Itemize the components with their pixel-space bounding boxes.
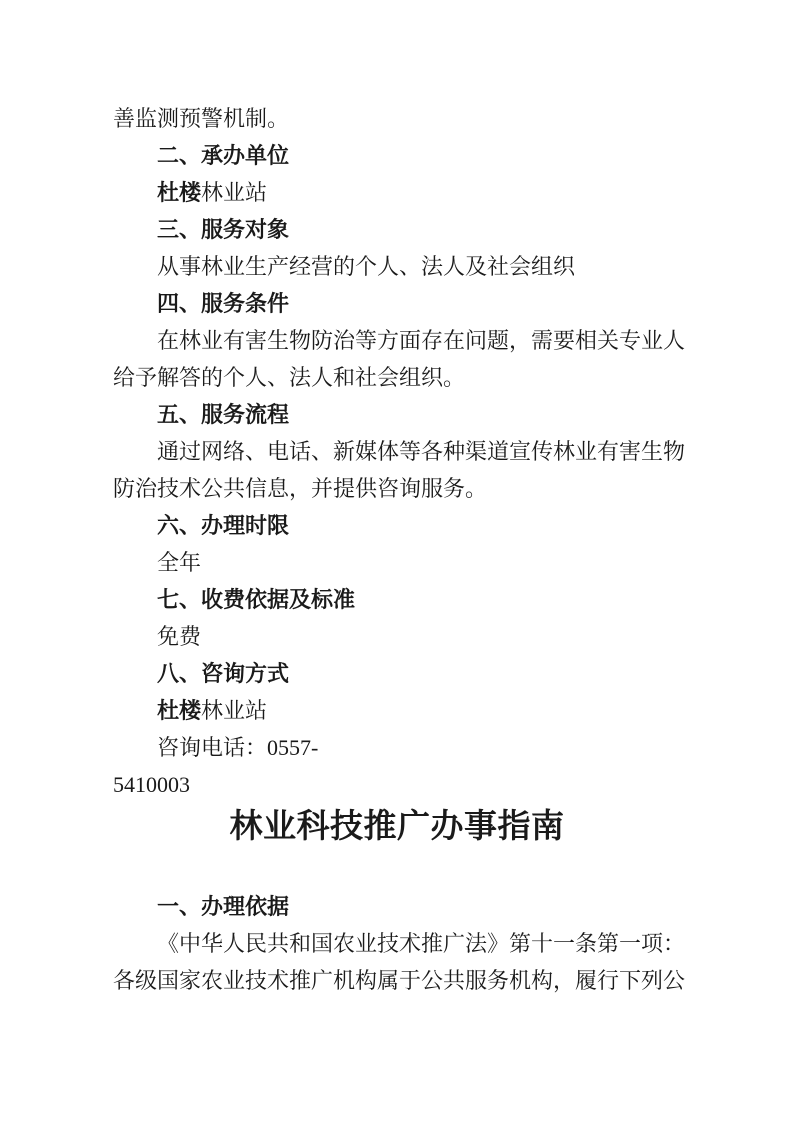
- contact-unit-rest: 林业站: [201, 698, 267, 723]
- phone-line-1: 咨询电话：0557-: [113, 729, 681, 766]
- service-process-line-2: 防治技术公共信息，并提供咨询服务。: [113, 470, 681, 507]
- service-target-value: 从事林业生产经营的个人、法人及社会组织: [113, 248, 681, 285]
- time-limit-value: 全年: [113, 544, 681, 581]
- contact-unit-bold: 杜楼: [157, 698, 201, 723]
- service-condition-line-2: 给予解答的个人、法人和社会组织。: [113, 359, 681, 396]
- heading-service-process: 五、服务流程: [113, 396, 681, 433]
- fee-value: 免费: [113, 618, 681, 655]
- spacer-line: [113, 851, 681, 888]
- heading-consultation-method: 八、咨询方式: [113, 655, 681, 692]
- phone-line-2: 5410003: [113, 766, 681, 803]
- heading-undertaking-unit: 二、承办单位: [113, 137, 681, 174]
- unit-name-rest: 林业站: [201, 180, 267, 205]
- handling-basis-line-2: 各级国家农业技术推广机构属于公共服务机构，履行下列公: [113, 962, 681, 999]
- heading-service-condition: 四、服务条件: [113, 285, 681, 322]
- heading-time-limit: 六、办理时限: [113, 507, 681, 544]
- service-condition-line-1: 在林业有害生物防治等方面存在问题，需要相关专业人: [113, 322, 681, 359]
- heading-service-target: 三、服务对象: [113, 211, 681, 248]
- contact-unit-value: 杜楼林业站: [113, 692, 681, 729]
- service-process-line-1: 通过网络、电话、新媒体等各种渠道宣传林业有害生物: [113, 433, 681, 470]
- undertaking-unit-value: 杜楼林业站: [113, 174, 681, 211]
- paragraph-monitoring-tail: 善监测预警机制。: [113, 100, 681, 137]
- document-title: 林业科技推广办事指南: [113, 803, 681, 851]
- document-page: 善监测预警机制。 二、承办单位 杜楼林业站 三、服务对象 从事林业生产经营的个人…: [0, 0, 793, 1122]
- unit-name-bold: 杜楼: [157, 180, 201, 205]
- heading-handling-basis: 一、办理依据: [113, 888, 681, 925]
- handling-basis-line-1: 《中华人民共和国农业技术推广法》第十一条第一项：: [113, 925, 681, 962]
- heading-fee-basis: 七、收费依据及标准: [113, 581, 681, 618]
